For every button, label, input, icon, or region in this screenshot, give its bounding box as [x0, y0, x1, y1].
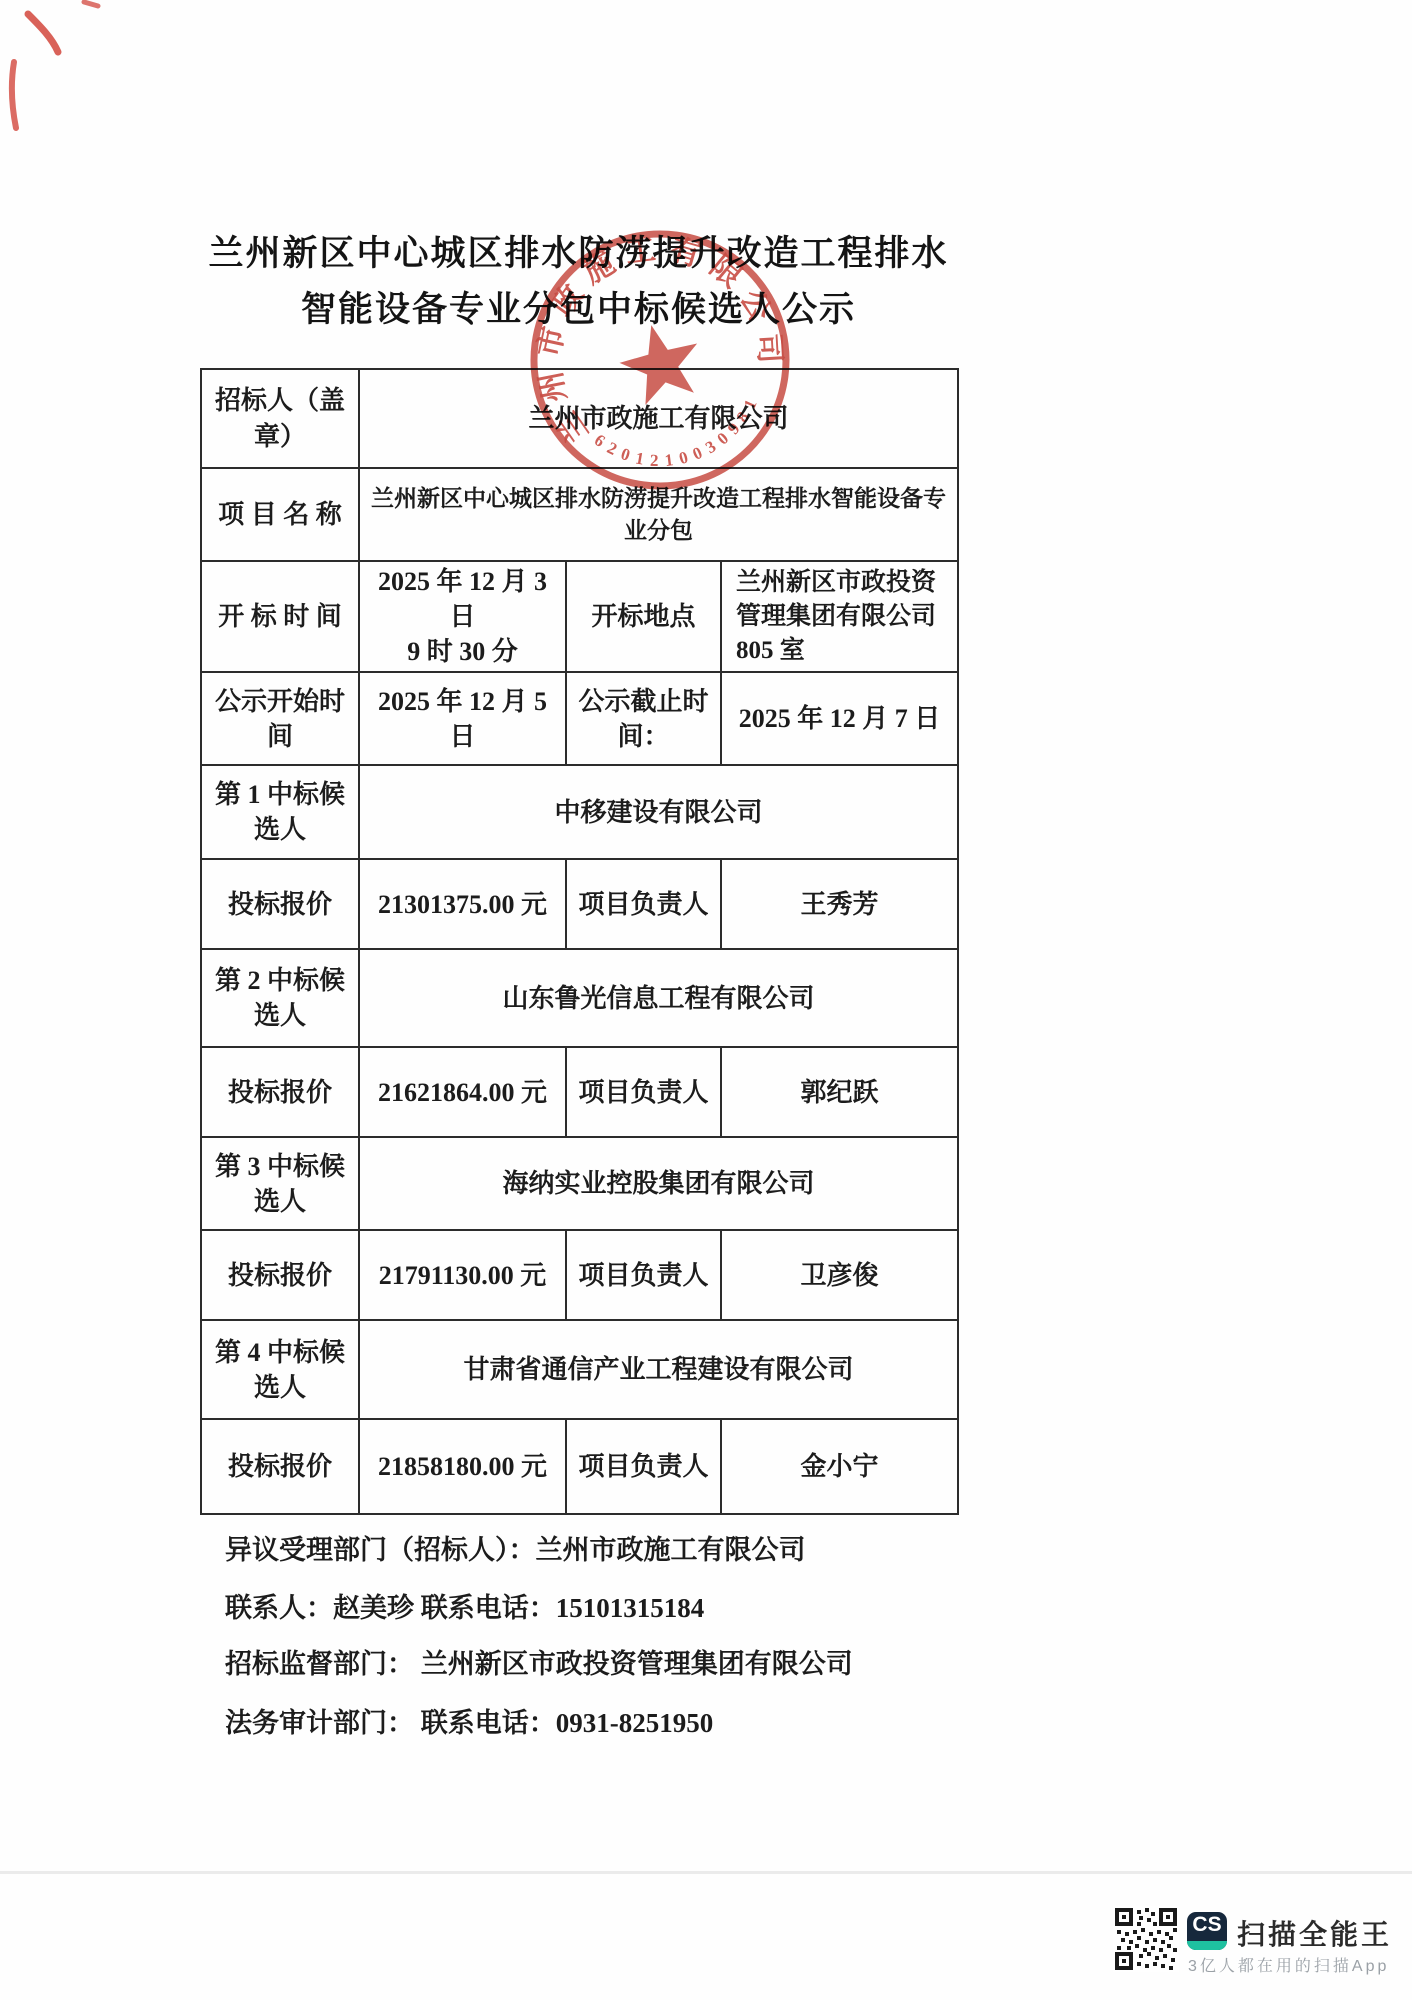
- candidate-2-manager: 郭纪跃: [721, 1047, 958, 1137]
- manager-label: 项目负责人: [566, 1419, 721, 1514]
- table-row-candidate-1: 第 1 中标候选人 中移建设有限公司: [201, 765, 958, 859]
- candidate-1-manager: 王秀芳: [721, 859, 958, 949]
- table-row-project: 项 目 名 称 兰州新区中心城区排水防涝提升改造工程排水智能设备专业分包: [201, 468, 958, 561]
- table-row-bidder: 招标人（盖章） 兰州市政施工有限公司: [201, 369, 958, 468]
- qr-code: [1113, 1906, 1179, 1972]
- supervision-value: 兰州新区市政投资管理集团有限公司: [421, 1649, 853, 1679]
- candidate-3-price: 21791130.00 元: [359, 1230, 566, 1320]
- candidate-1-price: 21301375.00 元: [359, 859, 566, 949]
- scanner-app-tagline: 3亿人都在用的扫描App: [1188, 1953, 1389, 1976]
- open-time-line1: 2025 年 12 月 3 日: [368, 564, 557, 634]
- bid-result-table: 招标人（盖章） 兰州市政施工有限公司 项 目 名 称 兰州新区中心城区排水防涝提…: [200, 368, 959, 1515]
- publicity-end-value: 2025 年 12 月 7 日: [721, 672, 958, 765]
- candidate-3-company: 海纳实业控股集团有限公司: [359, 1137, 958, 1230]
- candidate-4-company: 甘肃省通信产业工程建设有限公司: [359, 1320, 958, 1419]
- objection-department-line: 异议受理部门（招标人）：兰州市政施工有限公司: [225, 1528, 806, 1567]
- supervision-line: 招标监督部门： 兰州新区市政投资管理集团有限公司: [225, 1642, 853, 1681]
- project-value: 兰州新区中心城区排水防涝提升改造工程排水智能设备专业分包: [359, 468, 958, 561]
- camscanner-logo-text: CS: [1187, 1913, 1227, 1937]
- publicity-end-label: 公示截止时间：: [566, 672, 721, 765]
- candidate-4-rank-label: 第 4 中标候选人: [201, 1320, 359, 1419]
- document-title-line2: 智能设备专业分包中标候选人公示: [200, 282, 957, 332]
- objection-text: 异议受理部门（招标人）：兰州市政施工有限公司: [225, 1535, 806, 1565]
- scanner-app-name: 扫描全能王: [1237, 1913, 1392, 1953]
- legal-audit-line: 法务审计部门： 联系电话：0931-8251950: [225, 1701, 713, 1740]
- table-row-candidate-1-detail: 投标报价 21301375.00 元 项目负责人 王秀芳: [201, 859, 958, 949]
- camscanner-logo-accent: [1187, 1941, 1227, 1950]
- price-label: 投标报价: [201, 1230, 359, 1320]
- publicity-start-value: 2025 年 12 月 5 日: [359, 672, 566, 765]
- scanner-watermark: CS 扫描全能王 3亿人都在用的扫描App: [1113, 1903, 1393, 1983]
- bidder-label: 招标人（盖章）: [201, 369, 359, 468]
- open-time-line2: 9 时 30 分: [368, 634, 557, 669]
- open-time-label: 开 标 时 间: [201, 561, 359, 672]
- candidate-3-manager: 卫彦俊: [721, 1230, 958, 1320]
- table-row-publicity: 公示开始时间 2025 年 12 月 5 日 公示截止时间： 2025 年 12…: [201, 672, 958, 765]
- candidate-2-rank-label: 第 2 中标候选人: [201, 949, 359, 1047]
- legal-audit-phone: 联系电话：0931-8251950: [421, 1708, 714, 1738]
- open-place-label: 开标地点: [566, 561, 721, 672]
- table-row-candidate-4-detail: 投标报价 21858180.00 元 项目负责人 金小宁: [201, 1419, 958, 1514]
- candidate-2-price: 21621864.00 元: [359, 1047, 566, 1137]
- candidate-1-company: 中移建设有限公司: [359, 765, 958, 859]
- bidder-value: 兰州市政施工有限公司: [359, 369, 958, 468]
- supervision-label: 招标监督部门：: [225, 1642, 414, 1681]
- camscanner-logo-icon: CS: [1187, 1912, 1227, 1950]
- candidate-2-company: 山东鲁光信息工程有限公司: [359, 949, 958, 1047]
- candidate-1-rank-label: 第 1 中标候选人: [201, 765, 359, 859]
- document-title-line1: 兰州新区中心城区排水防涝提升改造工程排水: [200, 226, 957, 276]
- manager-label: 项目负责人: [566, 859, 721, 949]
- page-edge-divider: [0, 1871, 1412, 1874]
- table-row-candidate-4: 第 4 中标候选人 甘肃省通信产业工程建设有限公司: [201, 1320, 958, 1419]
- publicity-start-label: 公示开始时间: [201, 672, 359, 765]
- candidate-3-rank-label: 第 3 中标候选人: [201, 1137, 359, 1230]
- candidate-4-manager: 金小宁: [721, 1419, 958, 1514]
- price-label: 投标报价: [201, 1047, 359, 1137]
- table-row-opening: 开 标 时 间 2025 年 12 月 3 日 9 时 30 分 开标地点 兰州…: [201, 561, 958, 672]
- table-row-candidate-3-detail: 投标报价 21791130.00 元 项目负责人 卫彦俊: [201, 1230, 958, 1320]
- project-label: 项 目 名 称: [201, 468, 359, 561]
- contact-line: 联系人：赵美珍 联系电话：15101315184: [225, 1586, 704, 1625]
- contact-person: 联系人：赵美珍: [225, 1586, 414, 1625]
- manager-label: 项目负责人: [566, 1230, 721, 1320]
- candidate-4-price: 21858180.00 元: [359, 1419, 566, 1514]
- price-label: 投标报价: [201, 1419, 359, 1514]
- manager-label: 项目负责人: [566, 1047, 721, 1137]
- table-row-candidate-3: 第 3 中标候选人 海纳实业控股集团有限公司: [201, 1137, 958, 1230]
- open-time-value: 2025 年 12 月 3 日 9 时 30 分: [359, 561, 566, 672]
- price-label: 投标报价: [201, 859, 359, 949]
- table-row-candidate-2: 第 2 中标候选人 山东鲁光信息工程有限公司: [201, 949, 958, 1047]
- legal-audit-label: 法务审计部门：: [225, 1701, 414, 1740]
- contact-phone: 联系电话：15101315184: [421, 1593, 705, 1623]
- table-row-candidate-2-detail: 投标报价 21621864.00 元 项目负责人 郭纪跃: [201, 1047, 958, 1137]
- red-pen-marks: [0, 0, 140, 150]
- scanned-document-page: 兰州新区中心城区排水防涝提升改造工程排水 智能设备专业分包中标候选人公示 招标人…: [0, 0, 1412, 2000]
- open-place-value: 兰州新区市政投资管理集团有限公司 805 室: [721, 561, 958, 672]
